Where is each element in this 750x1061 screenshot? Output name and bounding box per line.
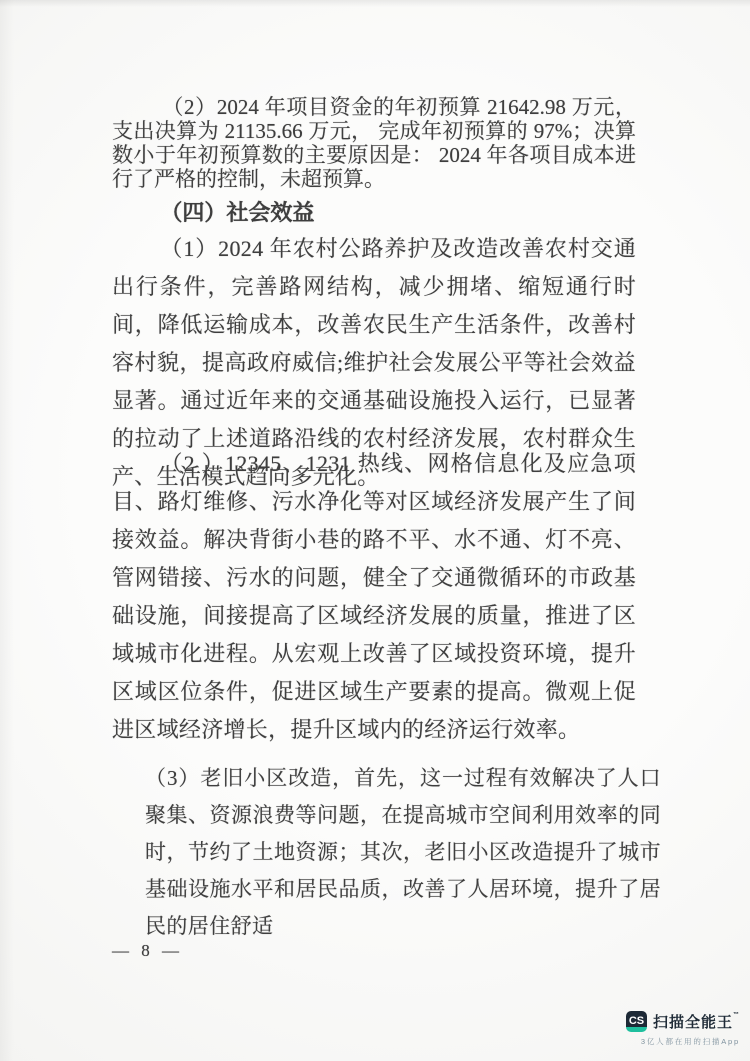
page-number: — 8 — [112, 941, 183, 961]
paragraph-old-community-renovation: （3）老旧小区改造，首先，这一过程有效解决了人口聚集、资源浪费等问题，在提高城市… [145, 760, 661, 945]
paragraph-budget-summary: （2）2024 年项目资金的年初预算 21642.98 万元，支出决算为 211… [112, 95, 636, 191]
trademark-symbol: ™ [733, 1012, 740, 1018]
camscanner-brand-text: 扫描全能王 [653, 1011, 733, 1032]
camscanner-watermark: CS 扫描全能王 ™ 3亿人都在用的扫描App [626, 1011, 740, 1047]
camscanner-cs-icon: CS [626, 1011, 647, 1032]
scanned-document-page: { "doc": { "paragraphs": [ { "role": "bu… [0, 0, 750, 1061]
section-heading-social-benefits: （四）社会效益 [112, 200, 636, 226]
paragraph-hotline-benefit: （2 ）12345、1231 热线、网格信息化及应急项目、路灯维修、污水净化等对… [112, 445, 636, 749]
camscanner-tagline: 3亿人都在用的扫描App [641, 1036, 740, 1047]
camscanner-logo-row: CS 扫描全能王 ™ [626, 1011, 740, 1032]
camscanner-brand-name: 扫描全能王 ™ [653, 1011, 740, 1032]
